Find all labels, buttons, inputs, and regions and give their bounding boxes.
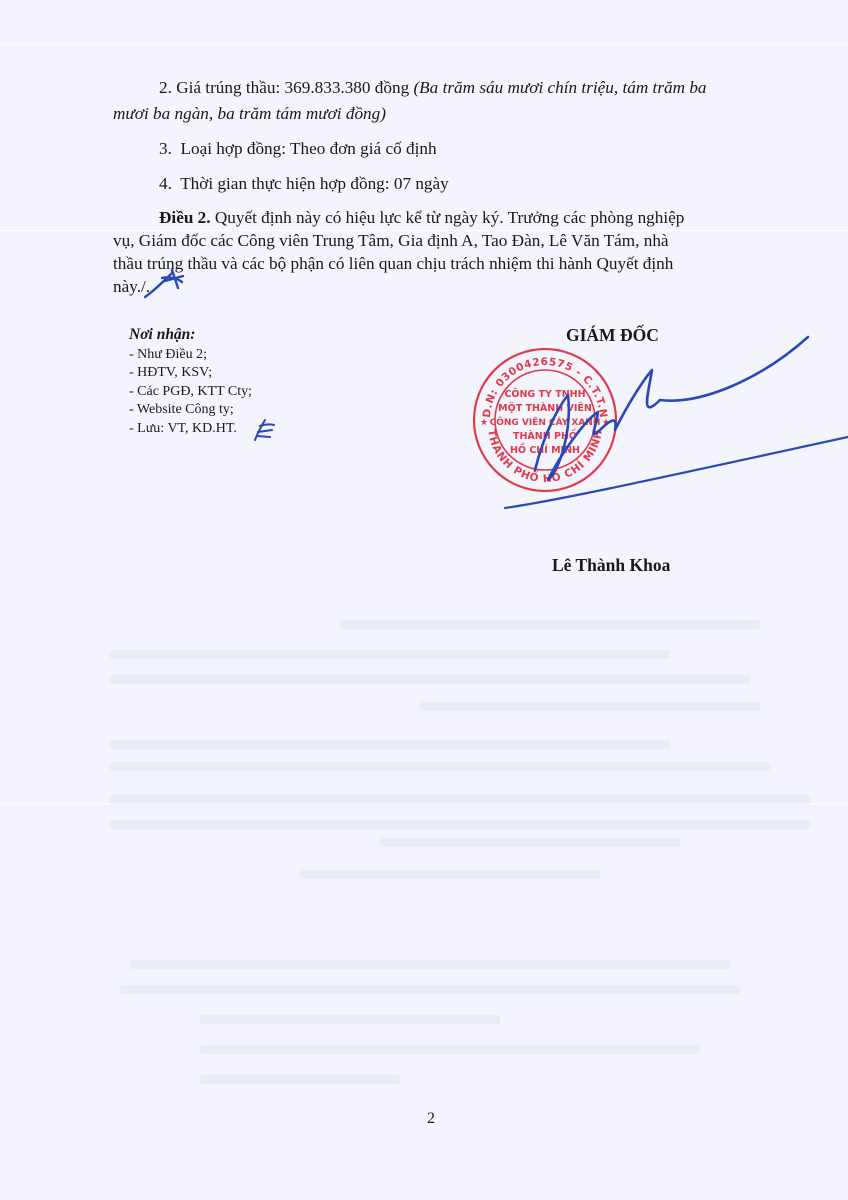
bleed-through xyxy=(200,1075,400,1084)
bleed-through xyxy=(380,838,680,847)
item-value: 369.833.380 đồng xyxy=(285,78,410,97)
company-seal-icon: M.S.D.N: 0300426575 - C.T.T.N.H.H THÀNH … xyxy=(470,345,620,495)
recipient-item: - Website Công ty; xyxy=(129,401,252,420)
item-contract-type: 3. Loại hợp đồng: Theo đơn giá cố định xyxy=(159,137,437,160)
item-text: Loại hợp đồng: Theo đơn giá cố định xyxy=(180,139,436,158)
page-number: 2 xyxy=(427,1110,435,1128)
article-text: Quyết định này có hiệu lực kể từ ngày ký… xyxy=(215,208,685,227)
item-contract-price-cont: mươi ba ngàn, ba trăm tám mươi đồng) xyxy=(113,102,769,125)
svg-text:HỒ CHÍ MINH: HỒ CHÍ MINH xyxy=(510,443,580,456)
recipient-item: - Lưu: VT, KD.HT. xyxy=(129,420,252,439)
svg-text:CÔNG VIÊN CÂY XANH: CÔNG VIÊN CÂY XANH xyxy=(490,416,601,428)
bleed-through xyxy=(110,762,770,771)
signer-title: GIÁM ĐỐC xyxy=(566,325,659,346)
bleed-through xyxy=(300,870,600,879)
article-2-line-1: Điều 2. Quyết định này có hiệu lực kể từ… xyxy=(113,206,769,229)
item-note: (Ba trăm sáu mươi chín triệu, tám trăm b… xyxy=(413,78,706,97)
svg-text:THÀNH PHỐ: THÀNH PHỐ xyxy=(513,429,577,442)
item-contract-price: 2. Giá trúng thầu: 369.833.380 đồng (Ba … xyxy=(113,76,769,99)
recipient-item: - Các PGĐ, KTT Cty; xyxy=(129,383,252,402)
article-2-line-4: này./. xyxy=(113,275,769,298)
item-number: 2. xyxy=(159,78,172,97)
bleed-through xyxy=(120,985,740,994)
bleed-through xyxy=(420,702,760,711)
article-2-line-2: vụ, Giám đốc các Công viên Trung Tâm, Gi… xyxy=(113,229,769,252)
item-duration: 4. Thời gian thực hiện hợp đồng: 07 ngày xyxy=(159,172,449,195)
item-number: 4. xyxy=(159,174,172,193)
svg-text:CÔNG TY TNHH: CÔNG TY TNHH xyxy=(504,388,585,400)
svg-text:★: ★ xyxy=(602,418,610,428)
signer-name: Lê Thành Khoa xyxy=(552,555,670,576)
recipients-title: Nơi nhận: xyxy=(129,326,252,345)
article-heading: Điều 2. xyxy=(159,208,211,227)
recipient-item: - HĐTV, KSV; xyxy=(129,364,252,383)
recipients-block: Nơi nhận: - Như Điều 2; - HĐTV, KSV; - C… xyxy=(129,326,252,438)
bleed-through xyxy=(110,795,810,804)
scan-line xyxy=(0,44,848,45)
bleed-through xyxy=(200,1045,700,1054)
bleed-through xyxy=(110,650,670,659)
svg-text:★: ★ xyxy=(480,418,488,428)
bleed-through xyxy=(340,620,760,629)
bleed-through xyxy=(110,740,670,749)
bleed-through xyxy=(130,960,730,969)
item-label: Giá trúng thầu: xyxy=(176,78,280,97)
document-page: 2. Giá trúng thầu: 369.833.380 đồng (Ba … xyxy=(0,0,848,1200)
bleed-through xyxy=(200,1015,500,1024)
bleed-through xyxy=(110,675,750,684)
item-number: 3. xyxy=(159,139,172,158)
svg-text:MỘT THÀNH VIÊN: MỘT THÀNH VIÊN xyxy=(498,402,592,414)
item-text: Thời gian thực hiện hợp đồng: 07 ngày xyxy=(180,174,449,193)
recipient-item: - Như Điều 2; xyxy=(129,346,252,365)
item-note-cont: mươi ba ngàn, ba trăm tám mươi đồng) xyxy=(113,104,386,123)
bleed-through xyxy=(110,820,810,829)
article-2-line-3: thầu trúng thầu và các bộ phận có liên q… xyxy=(113,252,769,275)
